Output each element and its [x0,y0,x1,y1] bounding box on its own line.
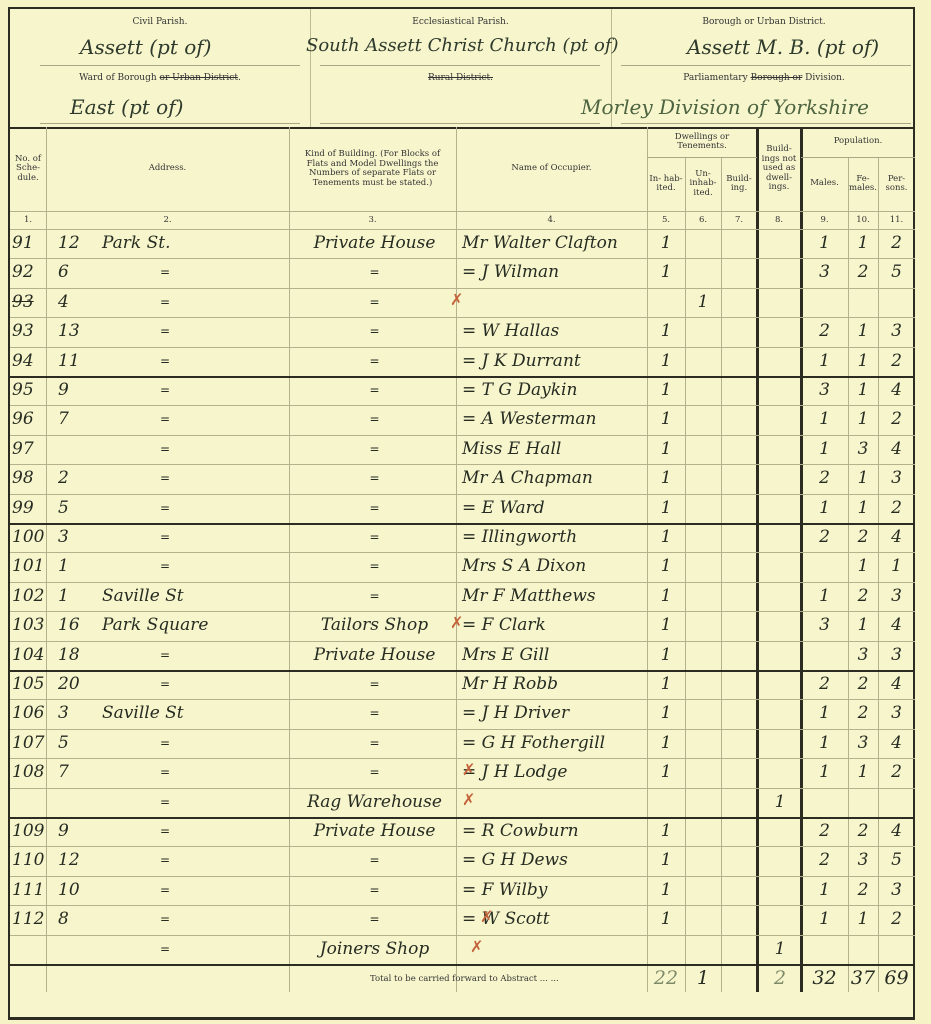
street-name: = [160,559,180,573]
not-dwellings-count: 1 [759,939,801,959]
males-count: 3 [801,262,848,282]
males-count: 1 [801,233,848,253]
schedule-number: 110 [12,850,46,870]
persons-count: 4 [878,821,915,841]
females-count: 1 [848,909,878,929]
persons-count: 5 [878,850,915,870]
street-name: = [160,324,180,338]
col-header-males: Males. [801,157,848,211]
civil-parish-label: Civil Parish. [10,17,310,27]
females-count: 1 [848,615,878,635]
kind-of-building: = [293,765,456,779]
schedule-number: 107 [12,733,46,753]
occupier-name: = G H Dews [462,850,647,870]
col-header-inhabited: In- hab- ited. [647,157,685,211]
inhabited-count: 1 [647,380,685,400]
col-header-females: Fe- males. [848,157,878,211]
persons-count: 2 [878,409,915,429]
street-name: = [160,824,180,838]
table-row: 1003=== Illingworth1224 [10,523,915,552]
col-header-kind-of-building: Kind of Building. (For Blocks of Flats a… [293,127,452,211]
persons-count: 3 [878,468,915,488]
occupier-name: = F Wilby [462,880,647,900]
table-row: 959=== T G Daykin1314 [10,376,915,405]
table-row: 1021Saville St=Mr F Matthews1123 [10,582,915,611]
schedule-number: 104 [12,645,46,665]
persons-count: 2 [878,498,915,518]
house-number: 20 [58,674,90,694]
persons-count: 4 [878,439,915,459]
borough-value: Assett M. B. (pt of) [687,35,879,59]
occupier-name: = Illingworth [462,527,647,547]
column-number: 4. [456,215,647,225]
house-number: 1 [58,556,90,576]
kind-of-building: = [293,706,456,720]
civil-parish-box: Civil Parish. Assett (pt of) Ward of Bor… [10,9,311,127]
kind-of-building: = [293,559,456,573]
males-count: 1 [801,733,848,753]
total-uninh: 1 [685,967,721,989]
persons-count: 3 [878,321,915,341]
inhabited-count: 1 [647,674,685,694]
table-row: 926=== J Wilman1325 [10,258,915,287]
col-header-occupier: Name of Occupier. [456,127,647,211]
males-count: 1 [801,703,848,723]
kind-of-building: = [293,501,456,515]
table-row: 1011==Mrs S A Dixon111 [10,552,915,581]
females-count: 2 [848,880,878,900]
females-count: 1 [848,351,878,371]
females-count: 1 [848,498,878,518]
occupier-name: Mrs S A Dixon [462,556,647,576]
house-number: 8 [58,909,90,929]
kind-of-building: = [293,471,456,485]
check-mark-icon: ✗ [450,290,463,309]
kind-of-building: = [293,354,456,368]
table-row: 967=== A Westerman1112 [10,405,915,434]
inhabited-count: 1 [647,703,685,723]
column-number: 6. [685,215,721,225]
kind-of-building: = [293,265,456,279]
inhabited-count: 1 [647,233,685,253]
persons-count: 4 [878,674,915,694]
house-number: 13 [58,321,90,341]
females-count: 3 [848,850,878,870]
house-number: 18 [58,645,90,665]
table-row: 1075=== G H Fothergill1134 [10,729,915,758]
males-count: 1 [801,762,848,782]
occupier-name: = A Westerman [462,409,647,429]
schedule-number: 96 [12,409,46,429]
inhabited-count: 1 [647,821,685,841]
males-count: 1 [801,880,848,900]
males-count: 3 [801,615,848,635]
schedule-number: 111 [12,880,46,900]
total-p: 69 [878,967,915,989]
occupier-name: Mr A Chapman [462,468,647,488]
not-dwellings-count: 1 [759,792,801,812]
ecclesiastical-parish-box: Ecclesiastical Parish. South Assett Chri… [310,9,612,127]
males-count: 3 [801,380,848,400]
inhabited-count: 1 [647,321,685,341]
rural-district-label: Rural District. [310,73,611,83]
column-number: 3. [289,215,456,225]
kind-of-building: = [293,736,456,750]
inhabited-count: 1 [647,439,685,459]
table-row: 982==Mr A Chapman1213 [10,464,915,493]
column-number: 10. [848,215,878,225]
persons-count: 2 [878,351,915,371]
schedule-number: 112 [12,909,46,929]
females-count: 2 [848,674,878,694]
occupier-name: Miss E Hall [462,439,647,459]
males-count: 2 [801,821,848,841]
kind-of-building: = [293,912,456,926]
kind-of-building: = [293,589,456,603]
males-count: 1 [801,909,848,929]
street-name: Park Square [102,615,289,635]
schedule-number: 93 [12,321,46,341]
table-row: 97==Miss E Hall1134 [10,435,915,464]
occupier-name: = W Hallas [462,321,647,341]
persons-count: 3 [878,645,915,665]
females-count: 1 [848,556,878,576]
house-number: 16 [58,615,90,635]
occupier-name: Mr F Matthews [462,586,647,606]
table-row: 1099=Private House= R Cowburn1224 [10,817,915,846]
col-header-persons: Per- sons. [878,157,915,211]
total-f: 37 [848,967,878,989]
check-mark-icon: ✗ [462,760,475,779]
kind-of-building: = [293,442,456,456]
schedule-number: 108 [12,762,46,782]
schedule-number: 95 [12,380,46,400]
persons-count: 3 [878,880,915,900]
kind-of-building: Private House [293,233,456,253]
house-number: 12 [58,233,90,253]
inhabited-count: 1 [647,468,685,488]
schedule-number: 103 [12,615,46,635]
kind-of-building: Tailors Shop [293,615,456,635]
house-number: 5 [58,498,90,518]
occupier-name: Mr H Robb [462,674,647,694]
column-number: 7. [721,215,757,225]
street-name: = [160,677,180,691]
occupier-name: Mrs E Gill [462,645,647,665]
table-row: =Joiners Shop1 [10,935,915,964]
column-number: 11. [878,215,915,225]
table-row: 10418=Private HouseMrs E Gill133 [10,641,915,670]
street-name: = [160,765,180,779]
persons-count: 4 [878,733,915,753]
house-number: 10 [58,880,90,900]
street-name: = [160,412,180,426]
totals-label: Total to be carried forward to Abstract … [370,974,559,984]
house-number: 3 [58,527,90,547]
table-row: 9112Park St.Private HouseMr Walter Claft… [10,229,915,258]
street-name: = [160,530,180,544]
inhabited-count: 1 [647,586,685,606]
street-name: = [160,942,180,956]
females-count: 1 [848,321,878,341]
persons-count: 2 [878,762,915,782]
table-row: 1063Saville St== J H Driver1123 [10,699,915,728]
house-number: 1 [58,586,90,606]
col-header-address: Address. [46,127,289,211]
parliamentary-label: Parliamentary Borough or Division. [611,73,917,83]
header-bottom-line [10,211,915,212]
sheet-header: Civil Parish. Assett (pt of) Ward of Bor… [10,9,913,127]
table-row: 11012=== G H Dews1235 [10,846,915,875]
col-header-population-group: Population. [801,127,915,157]
males-count: 1 [801,498,848,518]
civil-parish-value: Assett (pt of) [80,35,211,59]
males-count: 1 [801,586,848,606]
occupier-name: = J H Driver [462,703,647,723]
table-row: 995=== E Ward1112 [10,494,915,523]
street-name: = [160,501,180,515]
persons-count: 4 [878,527,915,547]
check-mark-icon: ✗ [480,907,493,926]
street-name: = [160,471,180,485]
kind-of-building: = [293,883,456,897]
street-name: = [160,648,180,662]
street-name: Saville St [102,586,289,606]
kind-of-building: = [293,677,456,691]
column-number: 2. [46,215,289,225]
females-count: 2 [848,527,878,547]
total-m: 32 [801,967,848,989]
inhabited-count: 1 [647,733,685,753]
census-enumeration-sheet: Civil Parish. Assett (pt of) Ward of Bor… [8,7,915,1020]
females-count: 3 [848,733,878,753]
females-count: 3 [848,439,878,459]
males-count: 2 [801,468,848,488]
occupier-name: = E Ward [462,498,647,518]
house-number: 9 [58,821,90,841]
house-number: 11 [58,351,90,371]
schedule-number: 94 [12,351,46,371]
kind-of-building: = [293,295,456,309]
persons-count: 3 [878,586,915,606]
schedule-number: 105 [12,674,46,694]
females-count: 2 [848,586,878,606]
kind-of-building: Joiners Shop [293,939,456,959]
inhabited-count: 1 [647,527,685,547]
street-name: = [160,354,180,368]
house-number: 6 [58,262,90,282]
persons-count: 5 [878,262,915,282]
inhabited-count: 1 [647,556,685,576]
inhabited-count: 1 [647,615,685,635]
females-count: 1 [848,409,878,429]
total-inh: 22 [647,967,685,989]
occupier-name: = J K Durrant [462,351,647,371]
house-number: 3 [58,703,90,723]
inhabited-count: 1 [647,262,685,282]
occupier-name: = J Wilman [462,262,647,282]
street-name: = [160,383,180,397]
females-count: 1 [848,468,878,488]
house-number: 7 [58,762,90,782]
persons-count: 4 [878,380,915,400]
females-count: 3 [848,645,878,665]
ward-value: East (pt of) [70,95,183,119]
schedule-number: 97 [12,439,46,459]
inhabited-count: 1 [647,762,685,782]
schedule-number: 99 [12,498,46,518]
col-header-uninhabited: Un- inhab- ited. [685,157,721,211]
occupier-name: = G H Fothergill [462,733,647,753]
inhabited-count: 1 [647,880,685,900]
col-header-not-dwellings: Build- ings not used as dwell- ings. [759,127,799,211]
house-number: 9 [58,380,90,400]
column-number: 5. [647,215,685,225]
occupier-name: Mr Walter Clafton [462,233,647,253]
column-number: 1. [10,215,46,225]
house-number: 4 [58,292,90,312]
street-name: = [160,442,180,456]
uninhabited-count: 1 [685,292,721,312]
inhabited-count: 1 [647,409,685,429]
street-name: = [160,912,180,926]
females-count: 2 [848,703,878,723]
inhabited-count: 1 [647,351,685,371]
persons-count: 1 [878,556,915,576]
col-header-dwellings-group: Dwellings or Tenements. [651,127,753,157]
total-notdw: 2 [759,967,801,989]
street-name: = [160,883,180,897]
kind-of-building: = [293,530,456,544]
table-row: 9411=== J K Durrant1112 [10,347,915,376]
borough-box: Borough or Urban District. Assett M. B. … [611,9,917,127]
column-number: 8. [757,215,801,225]
occupier-name: = T G Daykin [462,380,647,400]
persons-count: 2 [878,233,915,253]
street-name: = [160,265,180,279]
schedule-number: 109 [12,821,46,841]
schedule-number: 101 [12,556,46,576]
ecclesiastical-parish-label: Ecclesiastical Parish. [310,17,611,27]
table-row: 10520==Mr H Robb1224 [10,670,915,699]
males-count: 2 [801,850,848,870]
occupier-name: = R Cowburn [462,821,647,841]
kind-of-building: Private House [293,821,456,841]
occupier-name: = F Clark [462,615,647,635]
col-header-building: Build- ing. [721,157,757,211]
persons-count: 3 [878,703,915,723]
parliamentary-value: Morley Division of Yorkshire [581,95,869,119]
house-number: 2 [58,468,90,488]
schedule-number: 100 [12,527,46,547]
females-count: 1 [848,380,878,400]
females-count: 2 [848,821,878,841]
males-count: 1 [801,439,848,459]
street-name: = [160,295,180,309]
males-count: 2 [801,527,848,547]
house-number: 5 [58,733,90,753]
inhabited-count: 1 [647,498,685,518]
col-header-schedule: No. of Sche- dule. [10,127,46,211]
check-mark-icon: ✗ [470,937,483,956]
males-count: 1 [801,409,848,429]
check-mark-icon: ✗ [450,613,463,632]
males-count: 2 [801,674,848,694]
schedule-number: 93 [12,292,46,312]
kind-of-building: = [293,412,456,426]
kind-of-building: Rag Warehouse [293,792,456,812]
kind-of-building: = [293,383,456,397]
street-name: = [160,795,180,809]
males-count: 2 [801,321,848,341]
females-count: 2 [848,262,878,282]
schedule-number: 92 [12,262,46,282]
table-row: 1128=== W Scott1112 [10,905,915,934]
street-name: = [160,736,180,750]
schedule-number: 91 [12,233,46,253]
schedule-number: 102 [12,586,46,606]
persons-count: 2 [878,909,915,929]
house-number: 7 [58,409,90,429]
street-name: = [160,853,180,867]
column-number: 9. [801,215,848,225]
kind-of-building: = [293,853,456,867]
kind-of-building: Private House [293,645,456,665]
inhabited-count: 1 [647,850,685,870]
table-row: 9313=== W Hallas1213 [10,317,915,346]
street-name: Park St. [102,233,289,253]
ecclesiastical-parish-value: South Assett Christ Church (pt of) [306,35,619,56]
inhabited-count: 1 [647,909,685,929]
street-name: Saville St [102,703,289,723]
persons-count: 4 [878,615,915,635]
house-number: 12 [58,850,90,870]
inhabited-count: 1 [647,645,685,665]
females-count: 1 [848,762,878,782]
females-count: 1 [848,233,878,253]
totals-top-line [10,964,915,966]
occupier-name: = J H Lodge [462,762,647,782]
table-row: 11110=== F Wilby1123 [10,876,915,905]
males-count: 1 [801,351,848,371]
kind-of-building: = [293,324,456,338]
check-mark-icon: ✗ [462,790,475,809]
schedule-number: 106 [12,703,46,723]
ward-label: Ward of Borough or Urban District. [10,73,310,83]
schedule-number: 98 [12,468,46,488]
borough-label: Borough or Urban District. [611,17,917,27]
